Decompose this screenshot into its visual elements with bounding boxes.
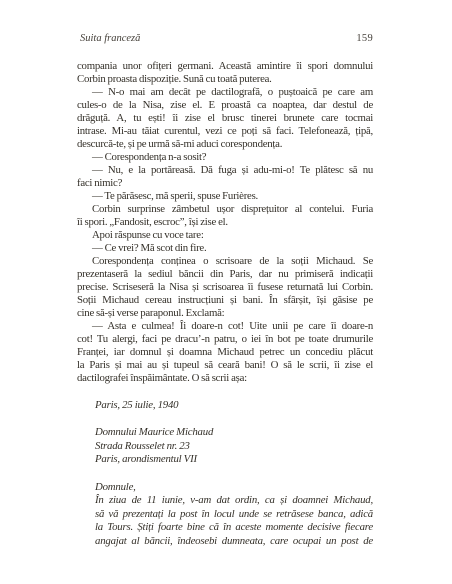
text-line: Corbin surprinse zâmbetul ușor disprețui… xyxy=(77,203,373,216)
text-line: Strada Rousselet nr. 23 xyxy=(95,440,373,454)
text-line: cules-o de la Nisa, zise el. E proastă c… xyxy=(77,99,373,112)
letter-body-lines: În ziua de 11 iunie, v-am dat ordin, ca … xyxy=(95,494,373,548)
text-line: În ziua de 11 iunie, v-am dat ordin, ca … xyxy=(95,494,373,508)
book-page: Suita franceză 159 compania unor ofițeri… xyxy=(0,0,452,584)
text-line: Corbin proasta dispoziție. Sună cu toată… xyxy=(77,73,373,86)
text-line: — Ce vrei? Mă scot din fire. xyxy=(77,242,373,255)
text-line: Apoi răspunse cu voce tare: xyxy=(77,229,373,242)
text-line: dactilografei înspăimântate. O să scrii … xyxy=(77,372,373,385)
text-line: angajat al băncii, îndeosebi dumneata, c… xyxy=(95,535,373,549)
text-line: intrase. Mi-au tăiat curentul, vezi ce p… xyxy=(77,125,373,138)
text-line: cot! Tu alergi, faci pe dracu’-n patru, … xyxy=(77,333,373,346)
paragraph: — Corespondența n-a sosit? xyxy=(77,151,373,164)
text-line: — N-o mai am decât pe dactilografă, o pu… xyxy=(77,86,373,99)
text-line: precise. Scriseseră la Nisa și scrisoare… xyxy=(77,281,373,294)
text-line: — Nu, e la portăreasă. Dă fuga și adu-mi… xyxy=(77,164,373,177)
text-line: — Asta e culmea! Îi doare-n cot! Uite un… xyxy=(77,320,373,333)
text-line: drăguță. A, tu ești! îi zise el brusc ti… xyxy=(77,112,373,125)
paragraph: — Asta e culmea! Îi doare-n cot! Uite un… xyxy=(77,320,373,385)
text-line: Corespondența conținea o scrisoare de la… xyxy=(77,255,373,268)
page-number: 159 xyxy=(356,32,373,45)
running-header: Suita franceză 159 xyxy=(77,32,373,46)
paragraph: — Te părăsesc, mă sperii, spuse Furières… xyxy=(77,190,373,203)
text-line: Soții Michaud cereau instrucțiuni și ban… xyxy=(77,294,373,307)
running-title: Suita franceză xyxy=(80,32,140,45)
paragraph: — Nu, e la portăreasă. Dă fuga și adu-mi… xyxy=(77,164,373,190)
text-line: la Paris și mai au și tupeul să ceară ba… xyxy=(77,359,373,372)
text-line: Franței, iar domnul și doamna Michaud pe… xyxy=(77,346,373,359)
text-line: să vă prezentați la post în locul unde s… xyxy=(95,508,373,522)
body-text-block: compania unor ofițeri germani. Această a… xyxy=(77,60,373,385)
text-line: îi spori. „Fandosit, escroc”, își zise e… xyxy=(77,216,373,229)
letter-address: Domnului Maurice MichaudStrada Rousselet… xyxy=(95,426,373,467)
letter-block: Paris, 25 iulie, 1940 Domnului Maurice M… xyxy=(95,399,373,548)
letter-body: Domnule, În ziua de 11 iunie, v-am dat o… xyxy=(95,481,373,549)
text-line: Domnului Maurice Michaud xyxy=(95,426,373,440)
letter-salutation: Domnule, xyxy=(95,481,373,495)
paragraph: compania unor ofițeri germani. Această a… xyxy=(77,60,373,86)
text-line: prezentaseră la sediul băncii din Paris,… xyxy=(77,268,373,281)
text-line: — Corespondența n-a sosit? xyxy=(77,151,373,164)
paragraph: Corespondența conținea o scrisoare de la… xyxy=(77,255,373,320)
paragraph: — N-o mai am decât pe dactilografă, o pu… xyxy=(77,86,373,151)
text-line: faci nimic? xyxy=(77,177,373,190)
paragraph: Corbin surprinse zâmbetul ușor disprețui… xyxy=(77,203,373,229)
text-line: descurcă-te, și pe urmă să-mi aduci core… xyxy=(77,138,373,151)
paragraph: Apoi răspunse cu voce tare: xyxy=(77,229,373,242)
text-line: cine să-și verse paraponul. Exclamă: xyxy=(77,307,373,320)
text-line: la Tours. Știți foarte bine că în aceste… xyxy=(95,521,373,535)
text-line: Paris, arondismentul VII xyxy=(95,453,373,467)
text-line: — Te părăsesc, mă sperii, spuse Furières… xyxy=(77,190,373,203)
paragraph: — Ce vrei? Mă scot din fire. xyxy=(77,242,373,255)
letter-date: Paris, 25 iulie, 1940 xyxy=(95,399,373,413)
text-line: compania unor ofițeri germani. Această a… xyxy=(77,60,373,73)
